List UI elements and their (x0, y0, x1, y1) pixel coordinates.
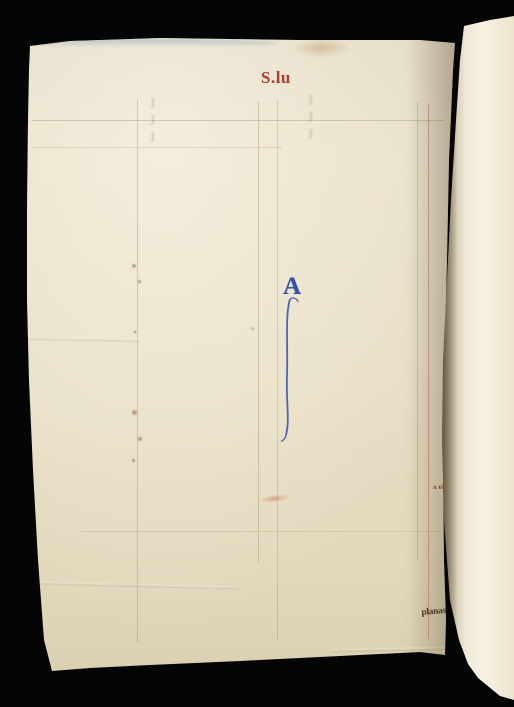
ink-text: S.lu (261, 68, 291, 88)
ink-text: radicem arbo (452, 92, 453, 104)
manuscript-line: us abraham· (452, 92, 453, 104)
rubricated-text: F (452, 92, 453, 104)
manuscript-line: imperii tyberii cesaris· (277, 118, 310, 129)
ink-text: militer facia (452, 92, 453, 104)
foxing-spot (131, 263, 137, 269)
foxing-spot (137, 279, 142, 284)
manuscript-line: lios abrahe· (452, 92, 453, 104)
manuscript-line: iam securis (452, 92, 453, 104)
ink-text: nas; et vide (452, 92, 453, 104)
manuscript-line: o enim vobis (452, 92, 453, 104)
ink-text: is fugere a v (452, 92, 453, 104)
ink-text: bant eum tur (452, 92, 453, 104)
rubricated-text: D (452, 92, 453, 104)
manuscript-line: zantur ab ipo (452, 92, 453, 104)
ink-text: ȷ ȷ ȷ (308, 90, 318, 141)
manuscript-photo: ȷ ȷ ȷ ȷ ȷ ȷ S.lu debat de templo·ieiunii… (0, 0, 514, 707)
manuscript-line: us de lapidib (452, 92, 453, 104)
manuscript-line: detur; et in ig (452, 92, 453, 104)
rubricated-text: O (452, 92, 453, 104)
ink-text: id faciemus? (452, 92, 453, 104)
ink-text: os penitecie (452, 92, 453, 104)
ink-text: ceperitis dic (452, 92, 453, 104)
parchment-crease (30, 581, 238, 589)
manuscript-line: i habet escas (452, 92, 453, 104)
ink-text: us abraham· (452, 92, 453, 104)
manuscript-line: is ergo arbor (452, 92, 453, 104)
ink-text: ergo fructus (452, 92, 453, 104)
manuscript-line: nas; et vide (452, 92, 453, 104)
ink-text: faciens fruct (452, 92, 453, 104)
manuscript-line: faciens fruct (452, 92, 453, 104)
ruling-line (277, 100, 278, 640)
rubricated-text: Q (452, 92, 453, 104)
ink-text: o enim vobis (452, 92, 453, 104)
ink-text: patrem habe (452, 92, 453, 104)
penwork-flourish-icon (281, 297, 299, 447)
ink-text: detur; et in ig (452, 92, 453, 104)
foxing-spot (131, 458, 136, 463)
ruling-line (137, 100, 138, 642)
ink-text: nicas det no (452, 92, 453, 104)
ink-text: tura ira? (452, 92, 453, 104)
manuscript-line: nicas det no (452, 92, 453, 104)
ruling-line (32, 147, 282, 148)
ruling-line (32, 120, 444, 121)
ink-text: t interroga (452, 92, 453, 104)
ink-text: tis suscitare (452, 92, 453, 104)
ink-text: lios abrahe· (452, 92, 453, 104)
ink-text: genimina; q (452, 92, 453, 104)
manuscript-line: cebat illis; Q (452, 92, 453, 104)
ink-text: zantur ab ipo (452, 92, 453, 104)
foxing-spot (137, 436, 143, 442)
manuscript-line: ia potens est (452, 92, 453, 104)
manuscript-line: be dicentes; (452, 92, 453, 104)
ink-text: ȷ ȷ ȷ (150, 93, 160, 144)
manuscript-line: em mittetur· (452, 92, 453, 104)
red-smudge (260, 493, 291, 504)
manuscript-line: um bonu exci (452, 92, 453, 104)
foxing-spot (131, 409, 138, 416)
ink-text: posita est· (452, 92, 453, 104)
manuscript-line: habenti; et q (452, 92, 453, 104)
ink-text: ac (452, 92, 453, 104)
manuscript-line: Respondens (452, 92, 453, 104)
ink-text: ia potens est (452, 92, 453, 104)
ink-text: abet duas tu (452, 92, 453, 104)
manuscript-line: patrem habe (452, 92, 453, 104)
manuscript-line: ergo fructus (452, 92, 453, 104)
next-page-text-column: nas; et videtur h· Dicebbas que exibzant… (452, 87, 514, 92)
ink-text: i habet escas (452, 92, 453, 104)
stain (292, 38, 350, 58)
ink-text: habenti; et q (452, 92, 453, 104)
ink-text: espondens (452, 92, 453, 104)
ink-text: cebat illis; (452, 92, 453, 104)
manuscript-line: abet duas tu (452, 92, 453, 104)
ink-text: em mittetur· (452, 92, 453, 104)
manuscript-line: tura ira? Fac (452, 92, 453, 104)
ink-text: us de lapidib (452, 92, 453, 104)
rubricated-text: E (452, 92, 453, 104)
manuscript-line: posita est· O (452, 92, 453, 104)
parchment-crease (27, 337, 139, 342)
manuscript-line: radicem arbo (452, 92, 453, 104)
manuscript-line: os penitecie (452, 92, 453, 104)
rubricated-text: R (452, 92, 453, 104)
ink-text: iceb (452, 92, 453, 104)
manuscript-page: ȷ ȷ ȷ ȷ ȷ ȷ S.lu debat de templo·ieiunii… (0, 0, 514, 707)
ink-text: bas que exib (452, 92, 453, 104)
ruling-line (258, 102, 259, 562)
ink-text: is ergo arbor (452, 92, 453, 104)
manuscript-line: Et interroga (452, 92, 453, 104)
manuscript-line: tis suscitare (452, 92, 453, 104)
page-top-edge-tint (28, 39, 278, 48)
manuscript-line: militer facia (452, 92, 453, 104)
foxing-spot (133, 330, 137, 334)
ink-text: tur h· (452, 92, 453, 104)
manuscript-line: tur h· Diceb (452, 92, 453, 104)
manuscript-line: bas que exib (452, 92, 453, 104)
foxing-spot (250, 326, 255, 331)
manuscript-line: id faciemus? (452, 92, 453, 104)
manuscript-line: is fugere a v (452, 92, 453, 104)
manuscript-line: ceperitis dic (452, 92, 453, 104)
manuscript-line: bant eum tur (452, 92, 453, 104)
ruling-line (80, 531, 440, 532)
ink-text: um bonu exci (452, 92, 453, 104)
ink-text: be dicentes; (452, 92, 453, 104)
manuscript-line: genimina; q (452, 92, 453, 104)
ink-text: iam securis (452, 92, 453, 104)
